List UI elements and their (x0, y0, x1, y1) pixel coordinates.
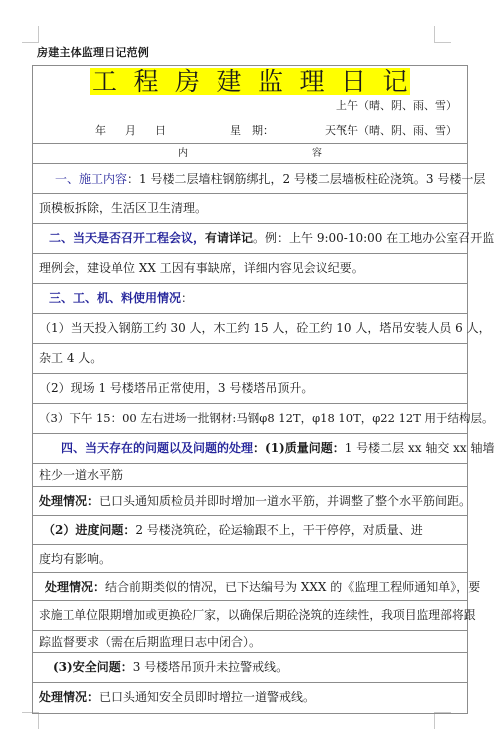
month-label: 月 (125, 122, 136, 138)
safety-handling: 已口头通知安全员即时增拉一道警戒线。 (99, 690, 315, 704)
content-header-right: 容 (312, 148, 322, 159)
schedule-handling-row-3: 踪监督要求（需在后期监理日志中闭合）。 (33, 631, 467, 653)
quality-text: 1 号楼二层 xx 轴交 xx 轴墙 (345, 441, 495, 455)
quality-handling-label: 处理情况： (39, 494, 99, 508)
page-corner-mark (22, 26, 39, 43)
weekday-label: 星 期： (230, 122, 274, 138)
schedule-handling-cont-2: 踪监督要求（需在后期监理日志中闭合）。 (39, 635, 261, 649)
meeting-label: 二、当天是否召开工程会议， (49, 231, 205, 245)
content-header-left: 内 (178, 148, 188, 159)
resources-item3-row: （3）下午 15：00 左右进场一批钢材:马钢φ8 12T，φ18 10T，φ2… (33, 404, 467, 434)
construction-label: 一、施工内容 (55, 172, 127, 186)
quality-handling: 已口头通知质检员并即时增加一道水平筋，并调整了整个水平筋间距。 (99, 494, 471, 508)
resources-item2: （2）现场 1 号楼塔吊正常使用，3 号楼塔吊顶升。 (39, 381, 313, 395)
schedule-label: （2）进度问题： (43, 523, 135, 537)
quality-cont-row: 柱少一道水平筋 (33, 464, 467, 487)
date-row: 年 月 日 星 期： 天气： 下午（晴、阴、雨、雪） (33, 122, 457, 138)
resources-item3: （3）下午 15：00 左右进场一批钢材:马钢φ8 12T，φ18 10T，φ2… (39, 411, 494, 425)
safety-text: 3 号楼塔吊顶升未拉警戒线。 (133, 660, 288, 674)
schedule-text: 2 号楼浇筑砼，砼运输跟不上，干干停停，对质量、进 (135, 523, 422, 537)
resources-item1-cont: 杂工 4 人。 (39, 351, 102, 365)
day-label: 日 (155, 122, 166, 138)
construction-row-1: 一、施工内容：1 号楼二层墙柱钢筋绑扎，2 号楼二层墙板柱砼浇筑。3 号楼一层 (33, 164, 467, 194)
problems-row: 四、当天存在的问题以及问题的处理：(1)质量问题：1 号楼二层 xx 轴交 xx… (33, 434, 467, 464)
schedule-row: （2）进度问题：2 号楼浇筑砼，砼运输跟不上，干干停停，对质量、进 (33, 516, 467, 545)
resources-item1-cont-row: 杂工 4 人。 (33, 344, 467, 374)
year-label: 年 (95, 122, 106, 138)
schedule-handling: 结合前期类似的情况，已下达编号为 XXX 的《监理工程师通知单》，要 (105, 580, 480, 594)
safety-row: (3)安全问题：3 号楼塔吊顶升未拉警戒线。 (33, 653, 467, 683)
meeting-text: 。例：上午 9:00-10:00 在工地办公室召开监 (253, 231, 494, 245)
construction-row-2: 顶模板拆除，生活区卫生清理。 (33, 194, 467, 224)
content-header: 内容 (33, 144, 467, 164)
schedule-handling-row: 处理情况：结合前期类似的情况，已下达编号为 XXX 的《监理工程师通知单》，要 (33, 573, 467, 601)
resources-item1-row: （1）当天投入钢筋工约 30 人，木工约 15 人，砼工约 10 人，塔吊安装人… (33, 314, 467, 344)
weather-pm: 下午（晴、阴、雨、雪） (336, 122, 457, 138)
safety-label: (3)安全问题： (53, 660, 133, 674)
schedule-handling-cont: 求施工单位限期增加或更换砼厂家，以确保后期砼浇筑的连续性，我项目监理部将跟 (39, 608, 476, 622)
resources-label: 三、工、机、料使用情况 (49, 291, 181, 305)
problems-label: 四、当天存在的问题以及问题的处理 (61, 441, 253, 455)
resources-row: 三、工、机、料使用情况： (33, 284, 467, 314)
resources-item1: （1）当天投入钢筋工约 30 人，木工约 15 人，砼工约 10 人，塔吊安装人… (39, 321, 491, 335)
weather-am: 上午（晴、阴、雨、雪） (336, 97, 457, 113)
schedule-handling-row-2: 求施工单位限期增加或更换砼厂家，以确保后期砼浇筑的连续性，我项目监理部将跟 (33, 601, 467, 631)
diary-table: 工程房建监理日记 上午（晴、阴、雨、雪） 年 月 日 星 期： 天气： 下午（晴… (32, 65, 468, 714)
construction-text-cont: 顶模板拆除，生活区卫生清理。 (39, 201, 207, 215)
quality-handling-row: 处理情况：已口头通知质检员并即时增加一道水平筋，并调整了整个水平筋间距。 (33, 487, 467, 516)
page-corner-mark (434, 26, 451, 43)
meeting-row-1: 二、当天是否召开工程会议，有请详记。例：上午 9:00-10:00 在工地办公室… (33, 224, 467, 254)
safety-handling-row: 处理情况：已口头通知安全员即时增拉一道警戒线。 (33, 683, 467, 713)
quality-text-cont: 柱少一道水平筋 (39, 468, 123, 482)
schedule-handling-label: 处理情况： (45, 580, 105, 594)
meeting-label-bold: 有请详记 (205, 231, 253, 245)
diary-title: 工程房建监理日记 (90, 68, 410, 95)
page-corner-mark (22, 712, 39, 729)
construction-text: ：1 号楼二层墙柱钢筋绑扎，2 号楼二层墙板柱砼浇筑。3 号楼一层 (127, 172, 485, 186)
meeting-row-2: 理例会，建设单位 XX 工因有事缺席，详细内容见会议纪要。 (33, 254, 467, 284)
schedule-cont-row: 度均有影响。 (33, 545, 467, 573)
schedule-text-cont: 度均有影响。 (39, 552, 111, 566)
resources-colon: ： (181, 291, 193, 305)
resources-item2-row: （2）现场 1 号楼塔吊正常使用，3 号楼塔吊顶升。 (33, 374, 467, 404)
quality-label: ：(1)质量问题： (253, 441, 345, 455)
document-heading: 房建主体监理日记范例 (37, 44, 149, 60)
meeting-text-cont: 理例会，建设单位 XX 工因有事缺席，详细内容见会议纪要。 (39, 261, 364, 275)
diary-header: 工程房建监理日记 上午（晴、阴、雨、雪） 年 月 日 星 期： 天气： 下午（晴… (33, 66, 467, 144)
safety-handling-label: 处理情况： (39, 690, 99, 704)
page-corner-mark (434, 712, 451, 729)
